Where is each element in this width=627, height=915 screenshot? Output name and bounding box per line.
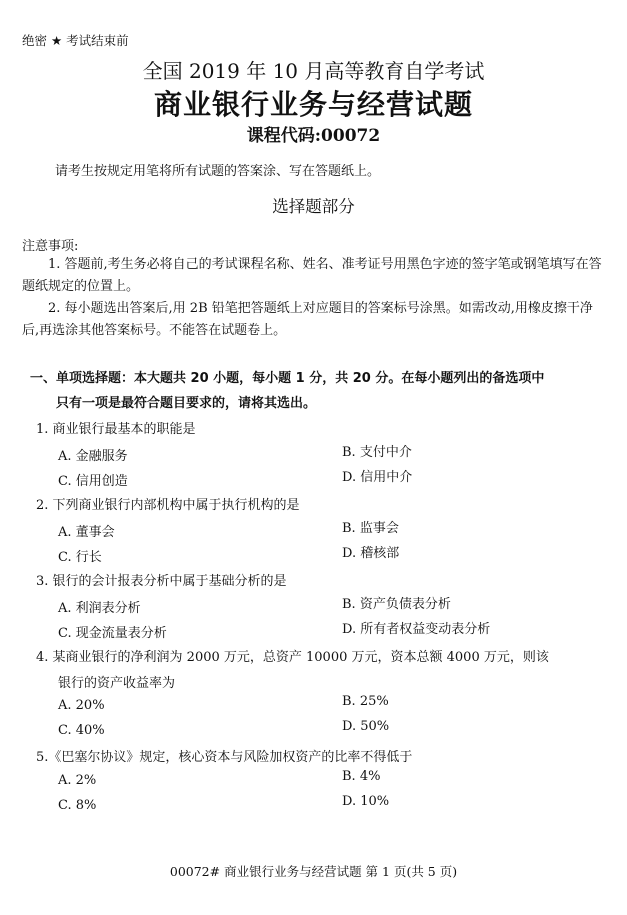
question-3-option-b: B. 资产负债表分析 [342, 593, 451, 612]
page-footer: 00072# 商业银行业务与经营试题 第 1 页(共 5 页) [0, 862, 627, 880]
question-4-stem: 4. 某商业银行的净利润为 2000 万元，总资产 10000 万元，资本总额 … [36, 646, 549, 665]
question-1-option-b: B. 支付中介 [342, 441, 412, 460]
exam-title: 全国 2019 年 10 月高等教育自学考试 [0, 55, 627, 84]
question-3-option-a: A. 利润表分析 [58, 597, 141, 616]
question-5-option-b: B. 4% [342, 769, 380, 784]
question-2-option-c: C. 行长 [58, 546, 102, 565]
question-4-option-d: D. 50% [342, 719, 389, 734]
question-3-option-c: C. 现金流量表分析 [58, 622, 167, 641]
question-4-option-a: A. 20% [58, 698, 105, 713]
question-1-stem: 1. 商业银行最基本的职能是 [36, 418, 196, 437]
question-2-option-a: A. 董事会 [58, 521, 115, 540]
question-5-option-c: C. 8% [58, 798, 96, 813]
question-1-option-d: D. 信用中介 [342, 466, 412, 485]
question-3-option-d: D. 所有者权益变动表分析 [342, 618, 490, 637]
question-2-option-b: B. 监事会 [342, 517, 399, 536]
question-5-option-d: D. 10% [342, 794, 389, 809]
question-1-option-a: A. 金融服务 [58, 445, 128, 464]
notes-list: 1. 答题前,考生务必将自己的考试课程名称、姓名、准考证号用黑色字迹的签字笔或钢… [22, 254, 602, 342]
subject-title: 商业银行业务与经营试题 [0, 83, 627, 123]
part1-heading-line1: 一、单项选择题：本大题共 20 小题，每小题 1 分，共 20 分。在每小题列出… [30, 366, 544, 391]
course-code: 课程代码:00072 [0, 121, 627, 146]
question-4-option-c: C. 40% [58, 723, 105, 738]
question-5-option-a: A. 2% [58, 773, 96, 788]
notes-heading: 注意事项: [22, 235, 78, 254]
question-4-option-b: B. 25% [342, 694, 389, 709]
question-2-stem: 2. 下列商业银行内部机构中属于执行机构的是 [36, 494, 300, 513]
note-item: 2. 每小题选出答案后,用 2B 铅笔把答题纸上对应题目的答案标号涂黑。如需改动… [22, 298, 602, 342]
question-5-stem: 5.《巴塞尔协议》规定，核心资本与风险加权资产的比率不得低于 [36, 746, 412, 765]
note-item: 1. 答题前,考生务必将自己的考试课程名称、姓名、准考证号用黑色字迹的签字笔或钢… [22, 254, 602, 298]
question-3-stem: 3. 银行的会计报表分析中属于基础分析的是 [36, 570, 287, 589]
part1-heading: 一、单项选择题：本大题共 20 小题，每小题 1 分，共 20 分。在每小题列出… [30, 366, 544, 416]
instruction: 请考生按规定用笔将所有试题的答案涂、写在答题纸上。 [55, 160, 380, 179]
question-4-stem-cont: 银行的资产收益率为 [58, 672, 175, 691]
section-title: 选择题部分 [0, 193, 627, 217]
confidential-label: 绝密 ★ 考试结束前 [22, 31, 129, 49]
part1-heading-line2: 只有一项是最符合题目要求的，请将其选出。 [30, 391, 544, 416]
question-2-option-d: D. 稽核部 [342, 542, 399, 561]
question-1-option-c: C. 信用创造 [58, 470, 128, 489]
